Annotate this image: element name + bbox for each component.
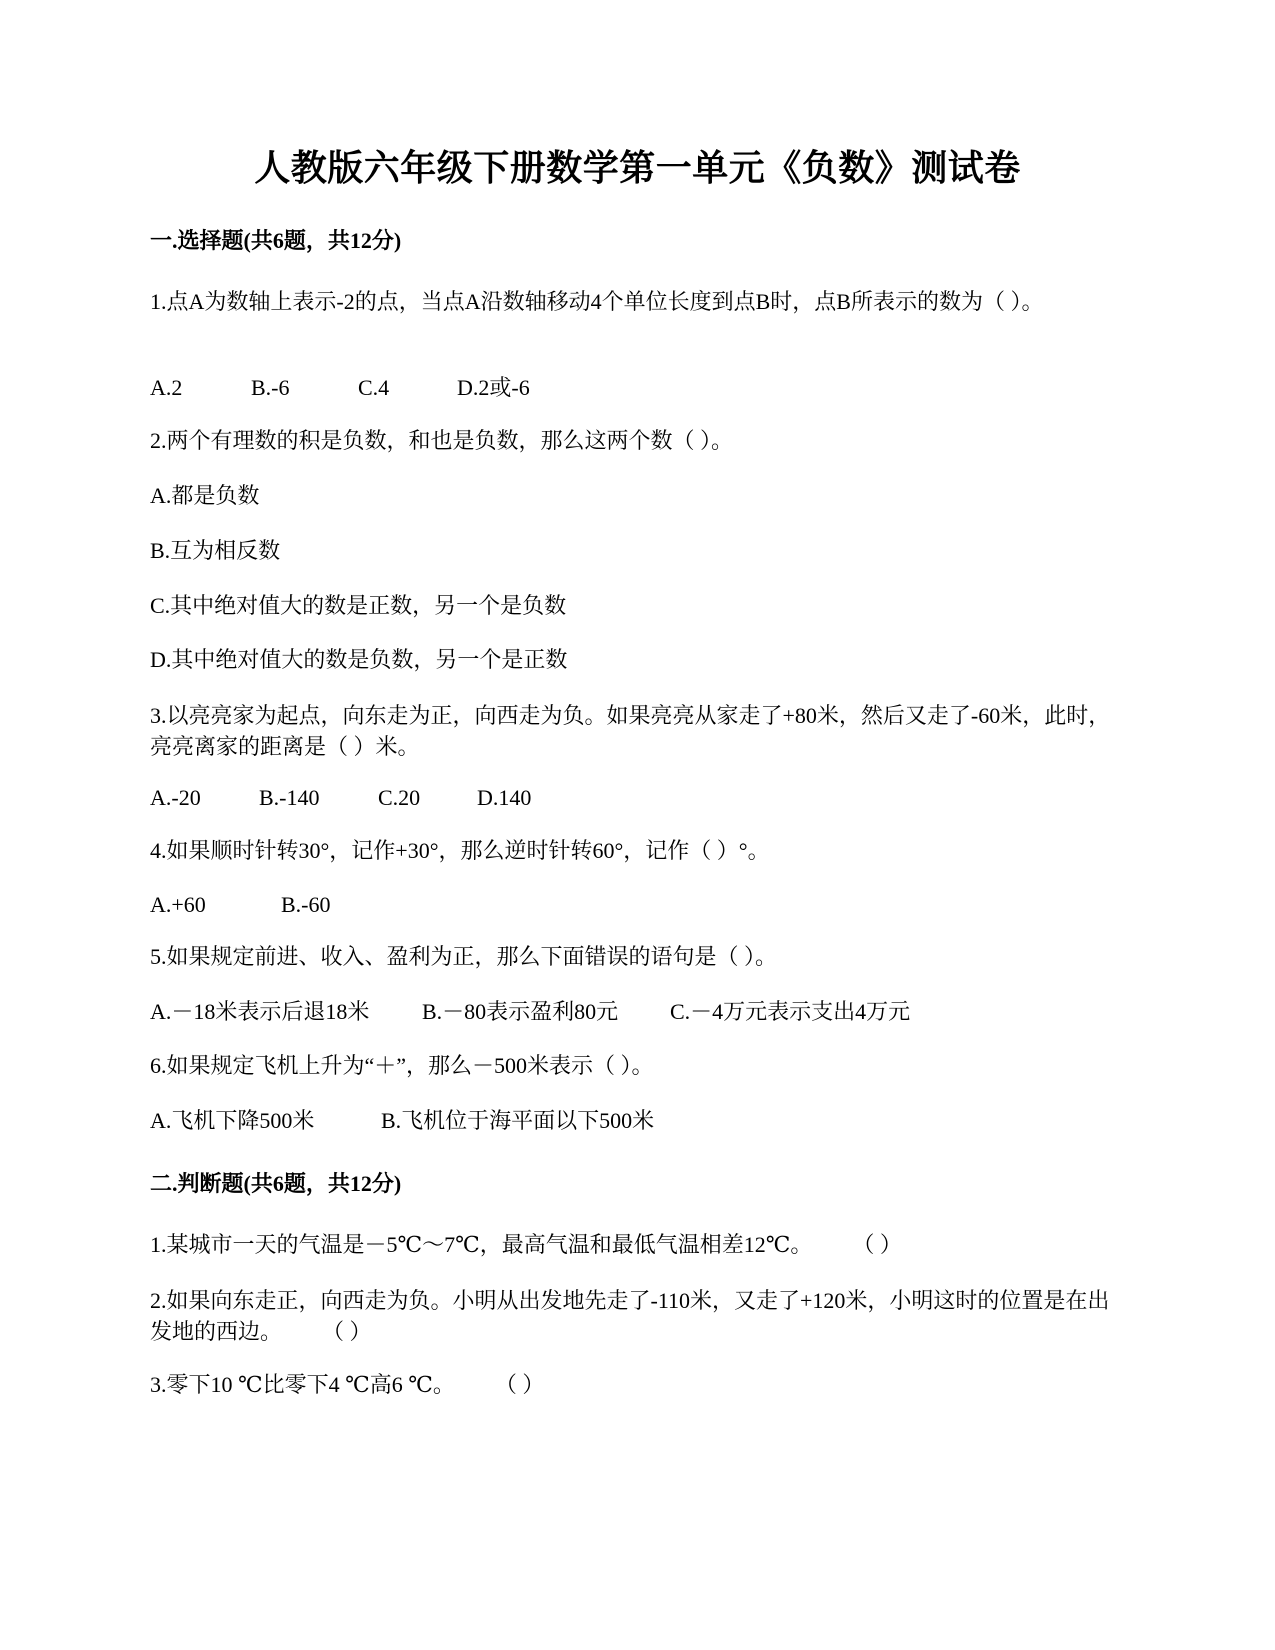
document-title: 人教版六年级下册数学第一单元《负数》测试卷 [0,146,1275,190]
section-heading-true-false: 二.判断题(共6题，共12分) [150,1169,401,1199]
option-d: D.140 [477,783,531,813]
answer-blank[interactable]: （ ） [852,1230,902,1260]
judgement-question-3: 3.零下10 ℃比零下4 ℃高6 ℃。（ ） [150,1370,544,1400]
option-b: B.-60 [281,890,331,920]
question-2-option-a: A.都是负数 [150,481,259,511]
option-a: A.+60 [150,890,281,920]
option-c: C.4 [358,373,457,403]
option-a: A.2 [150,373,251,403]
option-b: B.－80表示盈利80元 [422,997,670,1027]
question-3-text: 3.以亮亮家为起点，向东走为正，向西走为负。如果亮亮从家走了+80米，然后又走了… [150,700,1120,762]
option-c: C.20 [378,783,477,813]
option-b: B.-140 [259,783,378,813]
question-4-text: 4.如果顺时针转30°，记作+30°，那么逆时针转60°，记作（ ）°。 [150,836,770,866]
question-3-options: A.-20 B.-140 C.20 D.140 [150,783,531,813]
question-6-options: A.飞机下降500米 B.飞机位于海平面以下500米 [150,1106,654,1136]
option-b: B.飞机位于海平面以下500米 [381,1106,654,1136]
judgement-question-1: 1.某城市一天的气温是－5℃～7℃，最高气温和最低气温相差12℃。（ ） [150,1230,902,1260]
question-6-text: 6.如果规定飞机上升为“＋”，那么－500米表示（ ）。 [150,1051,654,1081]
question-5-text: 5.如果规定前进、收入、盈利为正，那么下面错误的语句是（ ）。 [150,942,777,972]
judgement-question-2-text: 2.如果向东走正，向西走为负。小明从出发地先走了-110米，又走了+120米，小… [150,1288,1109,1344]
judgement-question-2: 2.如果向东走正，向西走为负。小明从出发地先走了-110米，又走了+120米，小… [150,1285,1120,1347]
question-2-option-d: D.其中绝对值大的数是负数，另一个是正数 [150,645,567,675]
option-b: B.-6 [251,373,358,403]
option-a: A.飞机下降500米 [150,1106,381,1136]
option-a: A.-20 [150,783,259,813]
question-1-text: 1.点A为数轴上表示-2的点，当点A沿数轴移动4个单位长度到点B时，点B所表示的… [150,286,1120,317]
document-page: 人教版六年级下册数学第一单元《负数》测试卷 一.选择题(共6题，共12分) 1.… [0,0,1275,1650]
question-5-options: A.－18米表示后退18米 B.－80表示盈利80元 C.－4万元表示支出4万元 [150,997,910,1027]
question-2-text: 2.两个有理数的积是负数，和也是负数，那么这两个数（ ）。 [150,426,733,456]
question-2-option-c: C.其中绝对值大的数是正数，另一个是负数 [150,591,566,621]
option-d: D.2或-6 [457,373,530,403]
question-1-options: A.2 B.-6 C.4 D.2或-6 [150,373,530,403]
judgement-question-3-text: 3.零下10 ℃比零下4 ℃高6 ℃。 [150,1372,455,1397]
option-c: C.－4万元表示支出4万元 [670,997,910,1027]
answer-blank[interactable]: （ ） [322,1316,372,1347]
option-a: A.－18米表示后退18米 [150,997,422,1027]
judgement-question-1-text: 1.某城市一天的气温是－5℃～7℃，最高气温和最低气温相差12℃。 [150,1232,812,1257]
question-4-options: A.+60 B.-60 [150,890,331,920]
answer-blank[interactable]: （ ） [495,1370,545,1400]
section-heading-multiple-choice: 一.选择题(共6题，共12分) [150,226,401,256]
question-2-option-b: B.互为相反数 [150,536,280,566]
